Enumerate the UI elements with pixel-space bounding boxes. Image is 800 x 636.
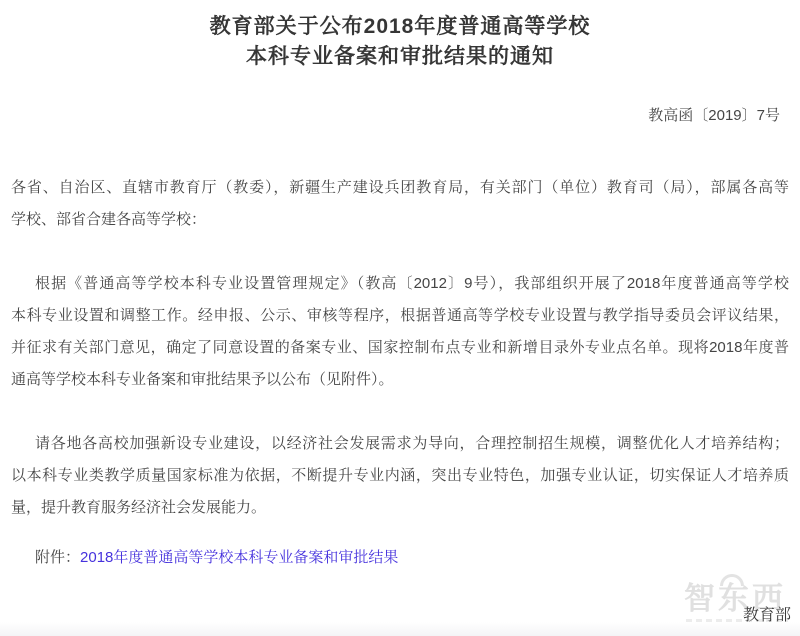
paragraph-line: 量，提升教育服务经济社会发展能力。 <box>11 492 789 524</box>
title-line-2: 本科专业备案和审批结果的通知 <box>0 42 800 72</box>
document-number: 教高函〔2019〕7号 <box>0 106 800 126</box>
paragraph-line: 请各地各高校加强新设专业建设，以经济社会发展需求为导向，合理控制招生规模，调整优… <box>11 428 789 460</box>
title-line-1: 教育部关于公布2018年度普通高等学校 <box>0 12 800 42</box>
document-title: 教育部关于公布2018年度普通高等学校 本科专业备案和审批结果的通知 <box>0 0 800 72</box>
document-body: 各省、自治区、直辖市教育厅（教委），新疆生产建设兵团教育局，有关部门（单位）教育… <box>0 172 800 574</box>
bottom-fade-decoration <box>0 622 800 636</box>
document-page: 教育部关于公布2018年度普通高等学校 本科专业备案和审批结果的通知 教高函〔2… <box>0 0 800 636</box>
issuer-signature: 教育部 <box>743 607 791 625</box>
paragraph-line: 并征求有关部门意见，确定了同意设置的备案专业、国家控制布点专业和新增目录外专业点… <box>11 332 789 364</box>
paragraph-line: 通高等学校本科专业备案和审批结果予以公布（见附件）。 <box>11 364 789 396</box>
addressee-paragraph: 各省、自治区、直辖市教育厅（教委），新疆生产建设兵团教育局，有关部门（单位）教育… <box>11 172 789 236</box>
addressee-line: 学校、部省合建各高等学校： <box>11 204 789 236</box>
addressee-line: 各省、自治区、直辖市教育厅（教委），新疆生产建设兵团教育局，有关部门（单位）教育… <box>11 172 789 204</box>
attachment-link[interactable]: 2018年度普通高等学校本科专业备案和审批结果 <box>80 549 398 566</box>
attachment-label: 附件： <box>35 549 80 566</box>
attachment-line: 附件：2018年度普通高等学校本科专业备案和审批结果 <box>11 542 789 574</box>
paragraph-2: 请各地各高校加强新设专业建设，以经济社会发展需求为导向，合理控制招生规模，调整优… <box>11 428 789 524</box>
paragraph-line: 根据《普通高等学校本科专业设置管理规定》（教高〔2012〕9号），我部组织开展了… <box>11 268 789 300</box>
paragraph-line: 本科专业设置和调整工作。经申报、公示、审核等程序，根据普通高等学校专业设置与教学… <box>11 300 789 332</box>
paragraph-line: 以本科专业类教学质量国家标准为依据，不断提升专业内涵，突出专业特色，加强专业认证… <box>11 460 789 492</box>
watermark-arc-icon <box>720 574 744 586</box>
paragraph-1: 根据《普通高等学校本科专业设置管理规定》（教高〔2012〕9号），我部组织开展了… <box>11 268 789 396</box>
